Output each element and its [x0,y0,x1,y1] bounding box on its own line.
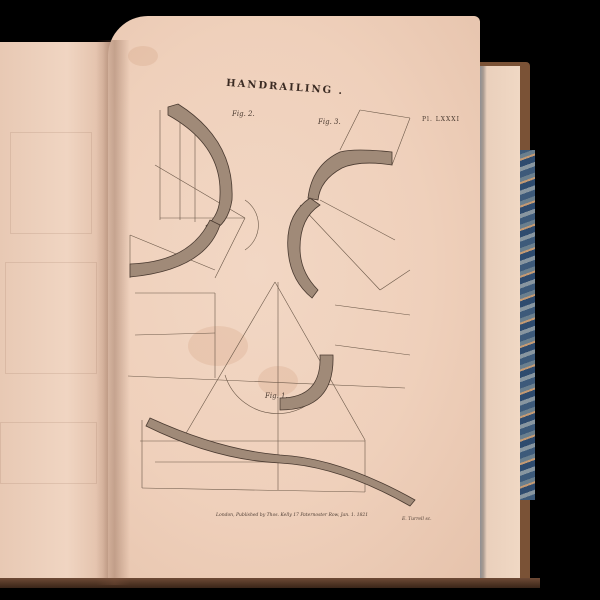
engraver-credit: E. Turrell sc. [402,517,432,522]
figure-label-2: Fig. 2. [232,110,255,118]
figure-label-1: Fig. 1. [265,392,288,400]
figure-label-3: Fig. 3. [318,118,341,126]
publisher-imprint: London, Published by Thos. Kelly 17 Pate… [216,513,368,518]
plate-number: Pl. LXXXI [422,116,460,123]
